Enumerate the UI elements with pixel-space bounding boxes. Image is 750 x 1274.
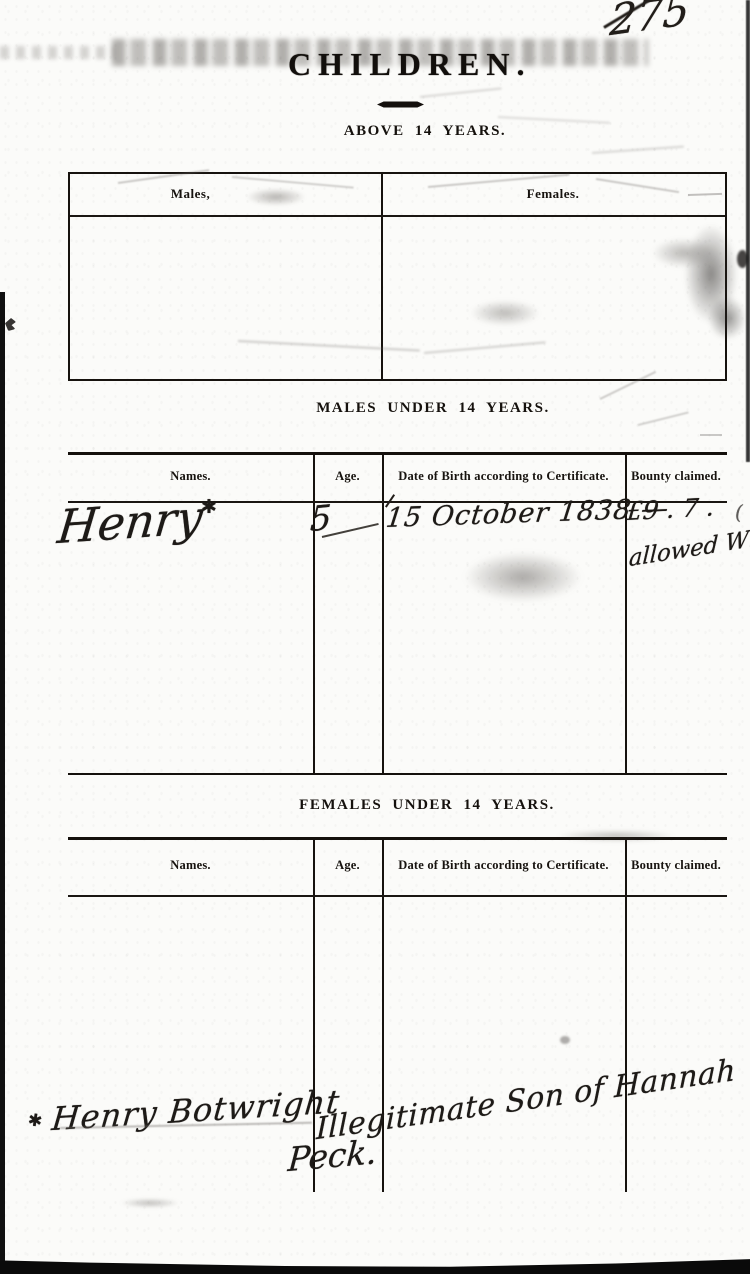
pencil-smudge — [120, 1198, 180, 1208]
column-header-date-of-birth: Date of Birth according to Certificate. — [382, 469, 625, 484]
page-title: CHILDREN. — [288, 46, 531, 83]
scanned-register-page: 275 CHILDREN. ABOVE 14 YEARS. Males, Fem… — [0, 0, 750, 1274]
section-heading-females-under-14: FEMALES UNDER 14 YEARS. — [0, 797, 750, 814]
column-header-females: Females. — [381, 186, 725, 202]
ink-smudge — [652, 238, 716, 268]
footnote-note-line2-handwritten: Peck. — [287, 1132, 379, 1179]
table-header-underline — [70, 215, 725, 217]
pencil-scribble — [592, 146, 684, 154]
pencil-scribble — [700, 434, 722, 436]
pencil-smudge — [470, 300, 540, 326]
column-header-date-of-birth: Date of Birth according to Certificate. — [382, 858, 625, 873]
column-divider-line — [382, 840, 384, 1192]
scan-edge-left — [0, 292, 5, 1274]
column-header-bounty-claimed: Bounty claimed. — [625, 858, 727, 873]
column-header-bounty-claimed: Bounty claimed. — [625, 469, 727, 484]
ink-spot — [560, 1036, 570, 1044]
column-divider-line — [625, 840, 627, 1192]
table-females-under-14: Names. Age. Date of Birth according to C… — [68, 837, 727, 1192]
title-divider-ornament — [377, 101, 424, 108]
column-header-names: Names. — [68, 469, 313, 484]
ink-spot — [5, 318, 16, 331]
ink-smudge — [708, 296, 746, 340]
pencil-scribble — [420, 87, 502, 98]
scan-edge-bottom — [0, 1255, 750, 1274]
ink-smudge — [464, 552, 582, 602]
scan-edge-right — [746, 0, 750, 462]
column-header-males: Males, — [70, 186, 381, 202]
entry-footnote-mark: ✱ — [201, 496, 217, 518]
column-header-names: Names. — [68, 858, 313, 873]
entry-bounty-amount-handwritten: £9 . 7 . — [626, 492, 716, 526]
ink-smudge — [556, 830, 676, 842]
page-number-handwritten: 275 — [608, 0, 691, 45]
table-header-underline — [68, 895, 727, 897]
column-header-age: Age. — [313, 469, 382, 484]
entry-name-handwritten: Henry — [55, 490, 205, 555]
pencil-smudge — [246, 188, 306, 206]
bleedthrough-smudge-left — [0, 46, 115, 59]
section-heading-males-under-14: MALES UNDER 14 YEARS. — [0, 400, 750, 417]
section-heading-above-14: ABOVE 14 YEARS. — [0, 123, 750, 140]
column-header-age: Age. — [313, 858, 382, 873]
entry-bounty-stray-mark: ( — [735, 500, 743, 524]
footnote-mark: ✱ — [27, 1110, 44, 1132]
